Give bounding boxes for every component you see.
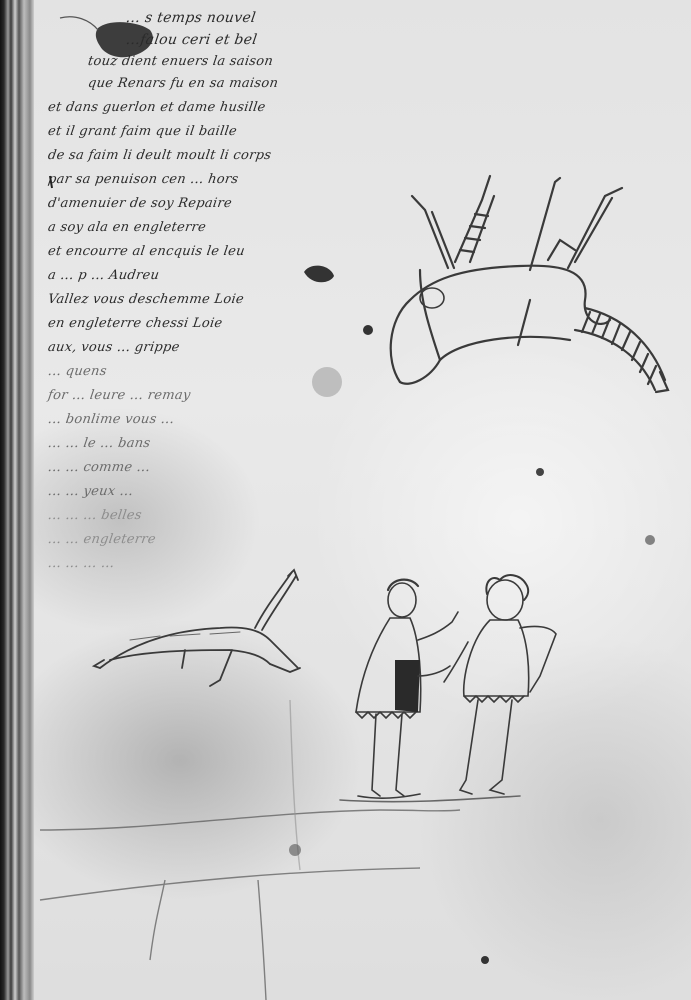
page-creases	[40, 700, 460, 1000]
ink-blot	[60, 17, 153, 58]
cloaked-figure	[356, 580, 458, 799]
drawings-layer	[0, 0, 691, 1000]
stain-circle	[312, 367, 342, 397]
manuscript-page: ... s temps nouvel ...falou ceri et bel …	[0, 0, 691, 1000]
fox-drawing	[94, 570, 300, 686]
stag-head-drawing	[391, 176, 668, 392]
ink-dot	[536, 468, 544, 476]
margin-mark	[50, 176, 52, 188]
stain-spot	[645, 535, 655, 545]
ink-dot	[481, 956, 489, 964]
ink-dot	[363, 325, 373, 335]
tunic-figure	[444, 575, 556, 794]
ink-blot	[304, 266, 334, 283]
stain-spot	[289, 844, 301, 856]
two-figures-drawing	[340, 575, 556, 802]
